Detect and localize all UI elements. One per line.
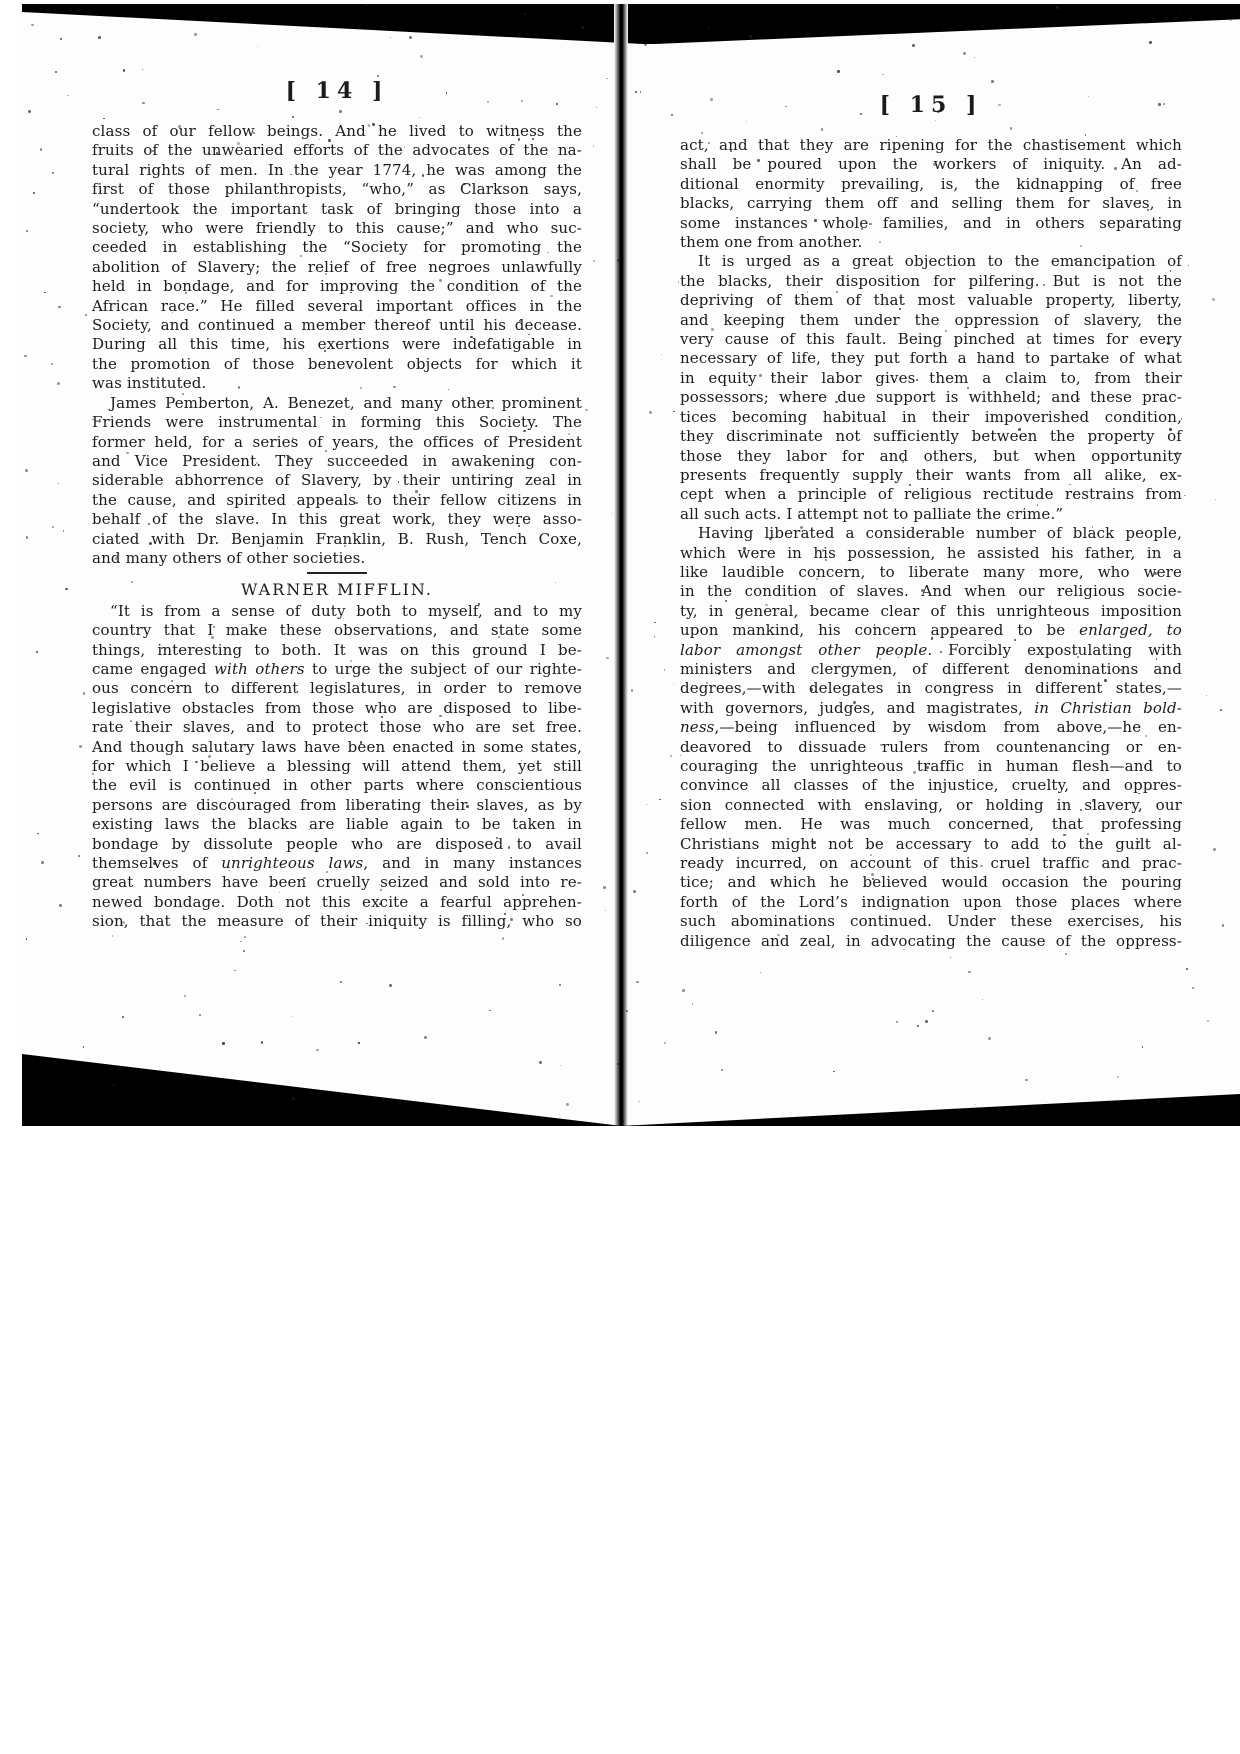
scan-noise-speck bbox=[692, 1003, 694, 1005]
text-line: ready incurred, on account of this cruel… bbox=[680, 854, 1182, 873]
left-page-body: class of our fellow beings. And he lived… bbox=[92, 122, 582, 568]
scan-noise-speck bbox=[988, 1037, 991, 1040]
scan-noise-speck bbox=[1138, 841, 1140, 843]
scan-noise-speck bbox=[257, 46, 258, 47]
left-page-section-body: “It is from a sense of duty both to myse… bbox=[92, 602, 582, 932]
scan-noise-speck bbox=[390, 37, 391, 38]
scan-noise-speck bbox=[24, 355, 27, 358]
text-line: convince all classes of the injustice, c… bbox=[680, 776, 1182, 795]
scan-noise-speck bbox=[448, 389, 449, 390]
text-line: things, interesting to both. It was on t… bbox=[92, 641, 582, 660]
scan-noise-speck bbox=[290, 174, 291, 175]
scan-noise-speck bbox=[902, 461, 904, 463]
scan-noise-speck bbox=[772, 608, 774, 610]
scan-noise-speck bbox=[982, 181, 983, 182]
scan-noise-speck bbox=[153, 862, 155, 864]
scan-noise-speck bbox=[882, 74, 884, 76]
section-heading: WARNER MIFFLIN. bbox=[92, 580, 582, 599]
scan-noise-speck bbox=[303, 877, 305, 879]
scan-noise-speck bbox=[36, 651, 38, 653]
scan-noise-speck bbox=[521, 100, 524, 103]
scan-noise-speck bbox=[112, 935, 113, 936]
scan-noise-speck bbox=[682, 989, 685, 992]
scan-noise-speck bbox=[240, 941, 242, 943]
scan-noise-speck bbox=[208, 755, 210, 757]
scan-noise-speck bbox=[40, 148, 42, 150]
scan-noise-speck bbox=[142, 69, 144, 71]
text-line: sion, that the measure of their iniquity… bbox=[92, 912, 582, 931]
scan-noise-speck bbox=[664, 669, 666, 671]
scan-noise-speck bbox=[1151, 788, 1152, 789]
scan-noise-speck bbox=[26, 536, 28, 538]
scan-noise-speck bbox=[78, 855, 80, 857]
scan-noise-speck bbox=[926, 766, 929, 769]
text-line: legislative obstacles from those who are… bbox=[92, 699, 582, 718]
scan-noise-speck bbox=[261, 1041, 264, 1044]
scan-noise-speck bbox=[1028, 347, 1029, 348]
scan-noise-speck bbox=[559, 984, 561, 986]
scan-noise-speck bbox=[421, 782, 424, 785]
scan-noise-speck bbox=[184, 995, 186, 997]
scanned-book-spread: [ 14 ] class of our fellow beings. And h… bbox=[22, 4, 1240, 1126]
scan-noise-speck bbox=[398, 481, 399, 482]
scan-noise-speck bbox=[982, 999, 983, 1000]
scan-noise-speck bbox=[596, 107, 598, 109]
scan-noise-speck bbox=[874, 624, 876, 626]
scan-noise-speck bbox=[335, 771, 336, 772]
scan-noise-speck bbox=[638, 1101, 639, 1102]
scan-noise-speck bbox=[355, 502, 357, 504]
scan-noise-speck bbox=[1149, 41, 1151, 43]
scan-noise-speck bbox=[813, 842, 816, 845]
scan-noise-speck bbox=[243, 950, 245, 952]
text-line: they discriminate not sufficiently betwe… bbox=[680, 427, 1182, 446]
text-line: shall be poured upon the workers of iniq… bbox=[680, 155, 1182, 174]
scan-noise-speck bbox=[673, 683, 674, 684]
text-line: existing laws the blacks are liable agai… bbox=[92, 815, 582, 834]
scan-noise-speck bbox=[836, 291, 838, 293]
scan-noise-speck bbox=[1165, 400, 1166, 401]
text-line: forth of the Lord’s indignation upon tho… bbox=[680, 893, 1182, 912]
scan-top-border bbox=[22, 4, 1240, 44]
scan-noise-speck bbox=[498, 636, 500, 638]
scan-noise-speck bbox=[195, 761, 197, 763]
text-line: held in bondage, and for improving the c… bbox=[92, 277, 582, 296]
scan-noise-speck bbox=[25, 469, 28, 472]
scan-noise-speck bbox=[623, 470, 624, 471]
scan-noise-speck bbox=[1043, 284, 1045, 286]
text-line: society, who were friendly to this cause… bbox=[92, 219, 582, 238]
text-line: and many others of other societies. bbox=[92, 549, 582, 568]
scan-noise-speck bbox=[708, 27, 710, 29]
scan-noise-speck bbox=[316, 1049, 319, 1052]
scan-noise-speck bbox=[1025, 1079, 1027, 1081]
scan-noise-speck bbox=[211, 636, 214, 639]
scan-noise-speck bbox=[486, 885, 487, 886]
scan-noise-speck bbox=[903, 949, 904, 950]
scan-noise-speck bbox=[725, 600, 726, 601]
text-line: first of those philanthropists, “who,” a… bbox=[92, 180, 582, 199]
scan-noise-speck bbox=[671, 114, 673, 116]
scan-noise-speck bbox=[59, 904, 62, 907]
scan-noise-speck bbox=[721, 859, 722, 860]
scan-noise-speck bbox=[26, 230, 28, 232]
scan-noise-speck bbox=[896, 136, 897, 137]
text-line: ditional enormity prevailing, is, the ki… bbox=[680, 175, 1182, 194]
scan-noise-speck bbox=[1067, 494, 1069, 496]
scan-noise-speck bbox=[498, 765, 499, 766]
text-line: “It is from a sense of duty both to myse… bbox=[92, 602, 582, 621]
text-line: country that I make these observations, … bbox=[92, 621, 582, 640]
text-line: sion connected with enslaving, or holdin… bbox=[680, 796, 1182, 815]
scan-noise-speck bbox=[560, 1065, 561, 1066]
scan-bottom-right-border bbox=[620, 1086, 1240, 1126]
text-line: ministers and clergymen, of different de… bbox=[680, 660, 1182, 679]
italic-emphasis: in Christian bold- bbox=[1034, 699, 1182, 717]
text-line: labor amongst other people. Forcibly exp… bbox=[680, 641, 1182, 660]
scan-noise-speck bbox=[547, 252, 548, 253]
scan-noise-speck bbox=[1014, 639, 1016, 641]
scan-noise-speck bbox=[870, 854, 872, 856]
scan-noise-speck bbox=[710, 98, 713, 101]
scan-noise-speck bbox=[57, 382, 60, 385]
scan-noise-speck bbox=[130, 720, 132, 722]
scan-noise-speck bbox=[1142, 1046, 1143, 1047]
scan-noise-speck bbox=[821, 128, 823, 130]
scan-noise-speck bbox=[131, 514, 133, 516]
scan-noise-speck bbox=[593, 145, 595, 147]
scan-noise-speck bbox=[991, 80, 994, 83]
scan-noise-speck bbox=[381, 716, 382, 717]
scan-noise-speck bbox=[131, 581, 133, 583]
scan-noise-speck bbox=[837, 70, 839, 72]
text-line: Having liberated a considerable number o… bbox=[680, 524, 1182, 543]
page-number-left: [ 14 ] bbox=[92, 82, 582, 101]
scan-noise-speck bbox=[142, 102, 144, 104]
text-line: class of our fellow beings. And he lived… bbox=[92, 122, 582, 141]
scan-noise-speck bbox=[921, 589, 924, 592]
text-line: the evil is continued in other parts whe… bbox=[92, 776, 582, 795]
text-line: such abominations continued. Under these… bbox=[680, 912, 1182, 931]
scan-noise-speck bbox=[155, 207, 156, 208]
scan-noise-speck bbox=[149, 542, 152, 545]
scan-noise-speck bbox=[646, 852, 648, 854]
scan-noise-speck bbox=[466, 805, 469, 808]
scan-noise-speck bbox=[103, 118, 105, 120]
scan-noise-speck bbox=[234, 970, 235, 971]
scan-noise-speck bbox=[777, 934, 779, 936]
italic-emphasis: enlarged, to bbox=[1079, 621, 1182, 639]
text-line: newed bondage. Doth not this excite a fe… bbox=[92, 893, 582, 912]
scan-noise-speck bbox=[419, 117, 420, 118]
scan-noise-speck bbox=[654, 636, 655, 637]
scan-noise-speck bbox=[659, 799, 661, 801]
text-line: the promotion of those benevolent object… bbox=[92, 355, 582, 374]
text-line: bondage by dissolute people who are disp… bbox=[92, 835, 582, 854]
scan-noise-speck bbox=[518, 138, 521, 141]
scan-noise-speck bbox=[760, 972, 761, 973]
scan-noise-speck bbox=[122, 1016, 124, 1018]
text-line: tural rights of men. In the year 1774, h… bbox=[92, 161, 582, 180]
text-line: act, and that they are ripening for the … bbox=[680, 136, 1182, 155]
scan-noise-speck bbox=[1206, 695, 1207, 696]
scan-noise-speck bbox=[718, 672, 720, 674]
book-spine-gutter bbox=[614, 4, 628, 1126]
scan-noise-speck bbox=[300, 255, 302, 257]
scan-noise-speck bbox=[115, 557, 117, 559]
text-line: Society, and continued a member thereof … bbox=[92, 316, 582, 335]
scan-noise-speck bbox=[950, 957, 952, 959]
scan-noise-speck bbox=[386, 668, 389, 671]
scan-noise-speck bbox=[222, 1042, 225, 1045]
text-line: the blacks, their disposition for pilfer… bbox=[680, 272, 1182, 291]
scan-noise-speck bbox=[51, 363, 53, 365]
text-line: degrees,—with delegates in congress in d… bbox=[680, 679, 1182, 698]
italic-emphasis: labor amongst other people. bbox=[680, 641, 932, 659]
scan-noise-speck bbox=[646, 804, 648, 806]
scan-noise-speck bbox=[194, 33, 196, 35]
text-line: blacks, carrying them off and selling th… bbox=[680, 194, 1182, 213]
scan-noise-speck bbox=[909, 484, 911, 486]
scan-noise-speck bbox=[711, 328, 714, 331]
text-line: behalf of the slave. In this great work,… bbox=[92, 510, 582, 529]
scan-noise-speck bbox=[556, 103, 558, 105]
scan-noise-speck bbox=[796, 866, 798, 868]
scan-noise-speck bbox=[1010, 127, 1012, 129]
scan-noise-speck bbox=[605, 910, 606, 911]
scan-noise-speck bbox=[673, 411, 675, 413]
scan-noise-speck bbox=[913, 771, 916, 774]
scan-noise-speck bbox=[555, 582, 556, 583]
section-divider-rule bbox=[307, 572, 367, 574]
text-line: deavored to dissuade rulers from counten… bbox=[680, 738, 1182, 757]
text-line: depriving of them of that most valuable … bbox=[680, 291, 1182, 310]
scan-noise-speck bbox=[98, 36, 101, 39]
scan-noise-speck bbox=[123, 69, 125, 71]
scan-noise-speck bbox=[568, 433, 570, 435]
scan-noise-speck bbox=[654, 622, 656, 624]
text-line: “undertook the important task of bringin… bbox=[92, 200, 582, 219]
scan-noise-speck bbox=[1213, 848, 1216, 851]
scan-noise-speck bbox=[28, 110, 31, 113]
scan-noise-speck bbox=[1192, 987, 1194, 989]
scan-noise-speck bbox=[1169, 428, 1172, 431]
scan-noise-speck bbox=[649, 411, 652, 414]
scan-noise-speck bbox=[58, 306, 61, 309]
scan-noise-speck bbox=[814, 219, 816, 221]
scan-noise-speck bbox=[743, 547, 746, 550]
text-line: in the condition of slaves. And when our… bbox=[680, 582, 1182, 601]
scan-noise-speck bbox=[379, 903, 381, 905]
scan-noise-speck bbox=[917, 1025, 920, 1028]
scan-noise-speck bbox=[967, 387, 969, 389]
scan-noise-speck bbox=[489, 1010, 491, 1012]
scan-noise-speck bbox=[439, 279, 442, 282]
text-line: former held, for a series of years, the … bbox=[92, 433, 582, 452]
scan-noise-speck bbox=[539, 1061, 542, 1064]
scan-noise-speck bbox=[439, 715, 442, 718]
scan-noise-speck bbox=[389, 984, 392, 987]
scan-noise-speck bbox=[701, 132, 703, 134]
scan-noise-speck bbox=[706, 682, 707, 683]
scan-noise-speck bbox=[83, 1046, 84, 1047]
scan-noise-speck bbox=[253, 132, 255, 134]
scan-noise-speck bbox=[771, 881, 774, 884]
scan-noise-speck bbox=[1077, 398, 1079, 400]
scan-noise-speck bbox=[178, 125, 181, 128]
text-line: abolition of Slavery; the relief of free… bbox=[92, 258, 582, 277]
scan-noise-speck bbox=[289, 136, 290, 137]
scan-noise-speck bbox=[292, 437, 294, 439]
scan-noise-speck bbox=[925, 1020, 928, 1023]
scan-noise-speck bbox=[994, 396, 995, 397]
right-page: [ 15 ] act, and that they are ripening f… bbox=[680, 136, 1182, 951]
italic-emphasis: with others bbox=[214, 660, 305, 678]
scan-noise-speck bbox=[1087, 833, 1089, 835]
text-line: siderable abhorrence of Slavery, by thei… bbox=[92, 471, 582, 490]
text-line: ness,—being influenced by wisdom from ab… bbox=[680, 718, 1182, 737]
text-line: those they labor for and others, but whe… bbox=[680, 447, 1182, 466]
scan-noise-speck bbox=[640, 91, 642, 93]
scan-noise-speck bbox=[65, 588, 67, 590]
text-line: Friends were instrumental in forming thi… bbox=[92, 413, 582, 432]
scan-noise-speck bbox=[1220, 709, 1222, 711]
scan-noise-speck bbox=[52, 172, 54, 174]
scan-noise-speck bbox=[26, 938, 27, 939]
scan-noise-speck bbox=[963, 52, 966, 55]
text-line: ty, in general, became clear of this unr… bbox=[680, 602, 1182, 621]
text-line: which were in his possession, he assiste… bbox=[680, 544, 1182, 563]
scan-noise-speck bbox=[1186, 968, 1187, 969]
scan-noise-speck bbox=[912, 44, 915, 47]
scan-noise-speck bbox=[585, 409, 588, 412]
scan-noise-speck bbox=[1148, 711, 1150, 713]
scan-noise-speck bbox=[217, 109, 218, 110]
scan-noise-speck bbox=[853, 701, 856, 704]
scan-noise-speck bbox=[422, 174, 424, 176]
scan-noise-speck bbox=[360, 387, 362, 389]
scan-noise-speck bbox=[1138, 793, 1139, 794]
scan-noise-speck bbox=[1184, 495, 1186, 497]
scan-noise-speck bbox=[631, 689, 633, 691]
scan-noise-speck bbox=[325, 273, 327, 275]
scan-noise-speck bbox=[126, 452, 128, 454]
scan-noise-speck bbox=[85, 314, 87, 316]
scan-noise-speck bbox=[113, 1084, 115, 1086]
scan-noise-speck bbox=[946, 880, 948, 882]
scan-noise-speck bbox=[1222, 924, 1224, 926]
text-line: them one from another. bbox=[680, 233, 1182, 252]
scan-noise-speck bbox=[746, 121, 747, 122]
scan-noise-speck bbox=[44, 292, 46, 294]
scan-noise-speck bbox=[368, 124, 371, 127]
scan-noise-speck bbox=[31, 24, 33, 26]
scan-noise-speck bbox=[939, 727, 941, 729]
scan-noise-speck bbox=[953, 741, 954, 742]
scan-noise-speck bbox=[1117, 1076, 1119, 1078]
scan-noise-speck bbox=[822, 549, 824, 551]
scan-noise-speck bbox=[265, 170, 266, 171]
scan-noise-speck bbox=[228, 870, 229, 871]
scan-noise-speck bbox=[617, 259, 619, 261]
scan-noise-speck bbox=[83, 692, 86, 695]
text-line: presents frequently supply their wants f… bbox=[680, 466, 1182, 485]
scan-noise-speck bbox=[980, 865, 982, 867]
scan-noise-speck bbox=[437, 820, 439, 822]
scan-noise-speck bbox=[63, 530, 64, 531]
scan-noise-speck bbox=[664, 1042, 665, 1043]
text-line: necessary of life, they put forth a hand… bbox=[680, 349, 1182, 368]
scan-noise-speck bbox=[879, 241, 880, 242]
scan-noise-speck bbox=[932, 1010, 934, 1012]
text-line: ous concern to different legislatures, i… bbox=[92, 679, 582, 698]
scan-noise-speck bbox=[1080, 809, 1082, 811]
scan-noise-speck bbox=[661, 354, 662, 355]
text-line: came engaged with others to urge the sub… bbox=[92, 660, 582, 679]
text-line: some instances whole families, and in ot… bbox=[680, 214, 1182, 233]
scan-noise-speck bbox=[935, 120, 936, 121]
scan-noise-speck bbox=[571, 844, 572, 845]
scan-noise-speck bbox=[339, 110, 342, 113]
text-line: and keeping them under the oppression of… bbox=[680, 311, 1182, 330]
scan-noise-speck bbox=[487, 101, 489, 103]
text-line: the cause, and spirited appeals to their… bbox=[92, 491, 582, 510]
scan-noise-speck bbox=[37, 833, 38, 834]
scan-noise-speck bbox=[1114, 167, 1117, 170]
text-line: And though salutary laws have been enact… bbox=[92, 738, 582, 757]
scan-noise-speck bbox=[1212, 298, 1215, 301]
scan-noise-speck bbox=[975, 1104, 976, 1105]
scan-noise-speck bbox=[424, 1036, 427, 1039]
scan-noise-speck bbox=[251, 558, 252, 559]
text-line: themselves of unrighteous laws, and in m… bbox=[92, 854, 582, 873]
scan-noise-speck bbox=[1080, 245, 1082, 247]
text-line: tice; and which he believed would occasi… bbox=[680, 873, 1182, 892]
text-line: tices becoming habitual in their impover… bbox=[680, 408, 1182, 427]
scan-noise-speck bbox=[60, 38, 63, 41]
scan-noise-speck bbox=[79, 745, 82, 748]
scan-noise-speck bbox=[292, 1097, 294, 1099]
text-line: persons are discouraged from liberating … bbox=[92, 796, 582, 815]
page-number-right: [ 15 ] bbox=[680, 96, 1182, 115]
scan-noise-speck bbox=[974, 57, 975, 58]
text-line: was instituted. bbox=[92, 374, 582, 393]
scan-noise-speck bbox=[1104, 679, 1107, 682]
scan-noise-speck bbox=[152, 150, 154, 152]
scan-noise-speck bbox=[55, 71, 57, 73]
text-line: very cause of this fault. Being pinched … bbox=[680, 330, 1182, 349]
text-line: like laudible concern, to liberate many … bbox=[680, 563, 1182, 582]
scan-noise-speck bbox=[33, 192, 35, 194]
scan-noise-speck bbox=[444, 360, 446, 362]
scan-noise-speck bbox=[998, 104, 1001, 107]
text-line: Christians might not be accessary to add… bbox=[680, 835, 1182, 854]
scan-noise-speck bbox=[502, 937, 504, 939]
italic-emphasis: unrighteous laws bbox=[221, 854, 363, 872]
scan-noise-speck bbox=[256, 462, 258, 464]
scan-noise-speck bbox=[1057, 590, 1058, 591]
scan-noise-speck bbox=[1120, 669, 1122, 671]
text-line: diligence and zeal, in advocating the ca… bbox=[680, 932, 1182, 951]
scan-noise-speck bbox=[277, 547, 278, 548]
scan-noise-speck bbox=[688, 750, 690, 752]
scan-noise-speck bbox=[633, 890, 636, 893]
scan-noise-speck bbox=[670, 755, 672, 757]
scan-noise-speck bbox=[1065, 953, 1067, 955]
scan-noise-speck bbox=[1176, 452, 1179, 455]
scan-noise-speck bbox=[492, 407, 494, 409]
scan-noise-speck bbox=[340, 981, 342, 983]
